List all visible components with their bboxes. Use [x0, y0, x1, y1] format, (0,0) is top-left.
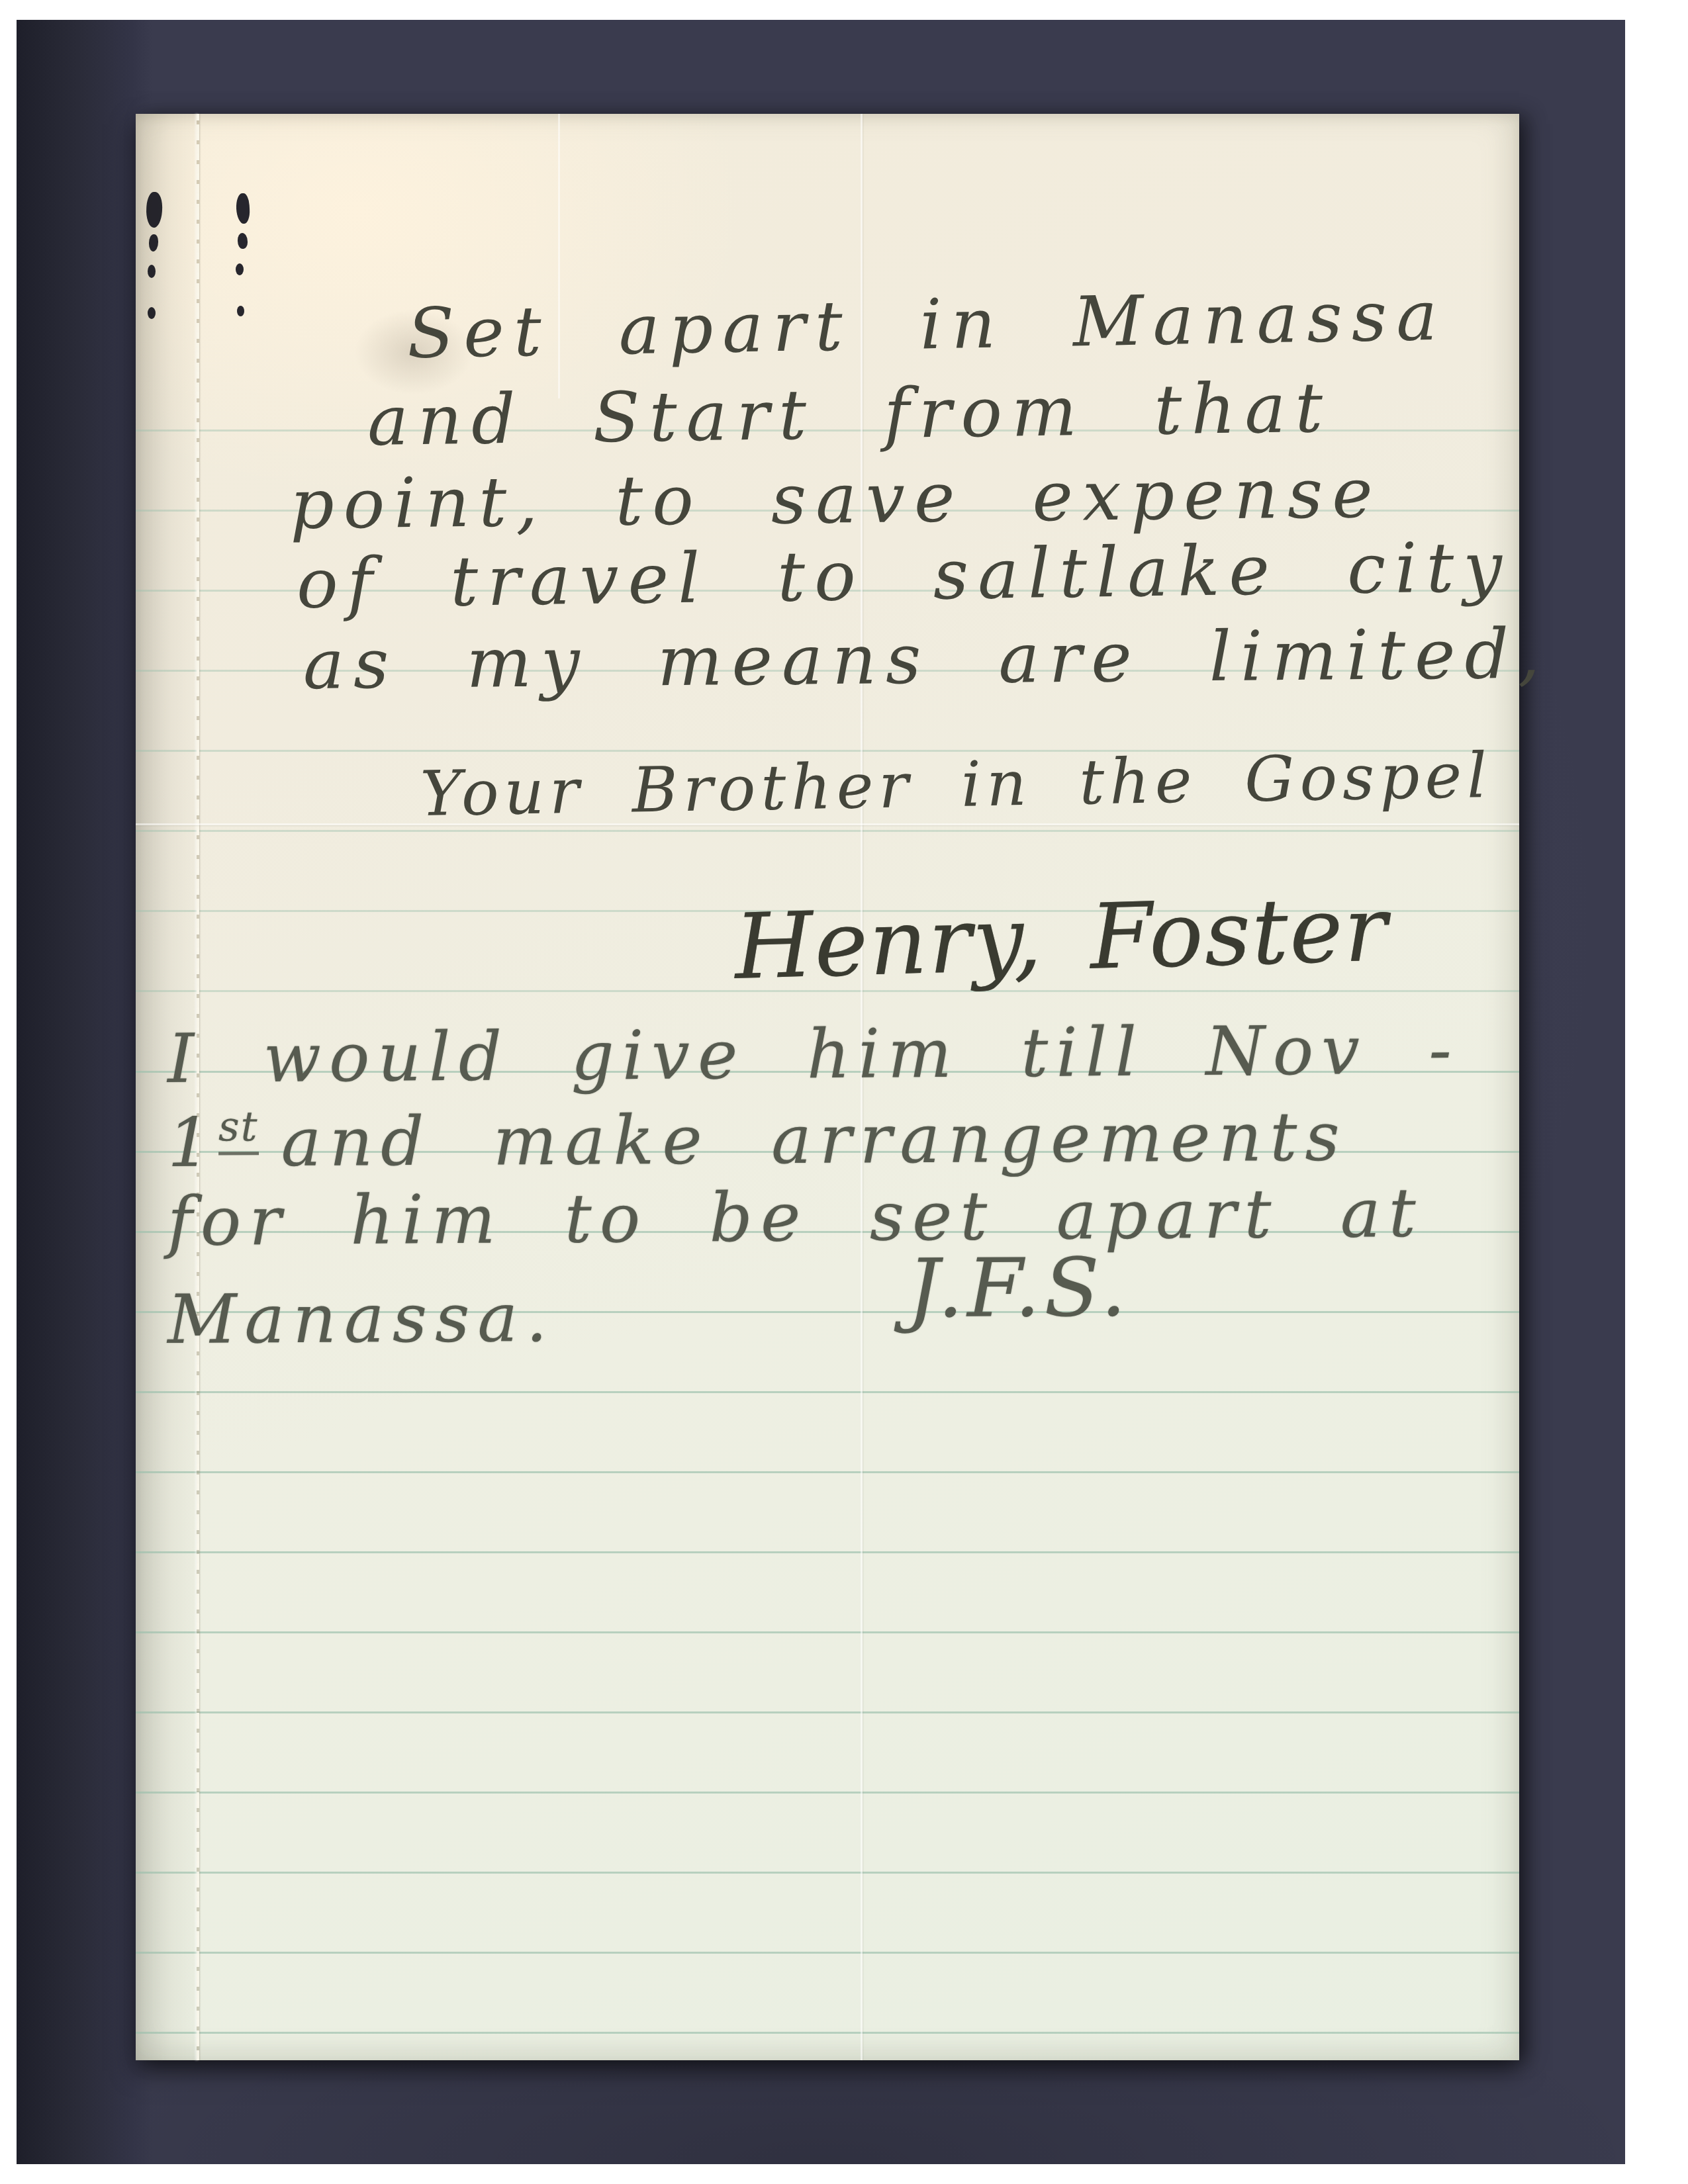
hole-punch-mark [238, 233, 248, 249]
hole-punch-mark [148, 307, 156, 319]
hole-punch-mark [236, 263, 244, 275]
letter-body-line-2: and Start from that [367, 373, 1333, 455]
postscript-line-4: Manassa.J.F.S. [167, 1285, 555, 1354]
postscript-line-2-text: and make arrangements [281, 1098, 1348, 1182]
letter-body-line-3: point, to save expense [289, 459, 1382, 539]
postscript-ordinal-suffix: st [218, 1102, 259, 1155]
letter-closing-line: Your Brother in the Gospel [420, 745, 1493, 826]
postscript-place-name: Manassa. [167, 1279, 555, 1359]
hole-punch-mark [237, 306, 244, 316]
postscript-line-2: 1stand make arrangements [167, 1101, 1348, 1177]
postscript-line-3: for him to be set apart at [167, 1180, 1424, 1256]
letter-paper: Set apart in Manassa and Start from that… [136, 114, 1519, 2060]
letter-signature: Henry, Foster [733, 884, 1389, 993]
horizontal-fold-crease [136, 823, 1519, 825]
album-spine-shadow [17, 20, 152, 2164]
letter-body-line-5: as my means are limited, [303, 619, 1550, 699]
letter-body-line-4: of travel to saltlake city [296, 532, 1511, 618]
initials-jfs: J.F.S. [907, 1247, 1130, 1329]
letter-body-line-1: Set apart in Manassa [406, 281, 1447, 368]
hole-punch-mark [148, 265, 156, 278]
postscript-line-1: I would give him till Nov - [167, 1017, 1460, 1093]
postscript-ordinal-number: 1 [167, 1104, 219, 1183]
scanned-letter-page: Set apart in Manassa and Start from that… [0, 0, 1688, 2184]
